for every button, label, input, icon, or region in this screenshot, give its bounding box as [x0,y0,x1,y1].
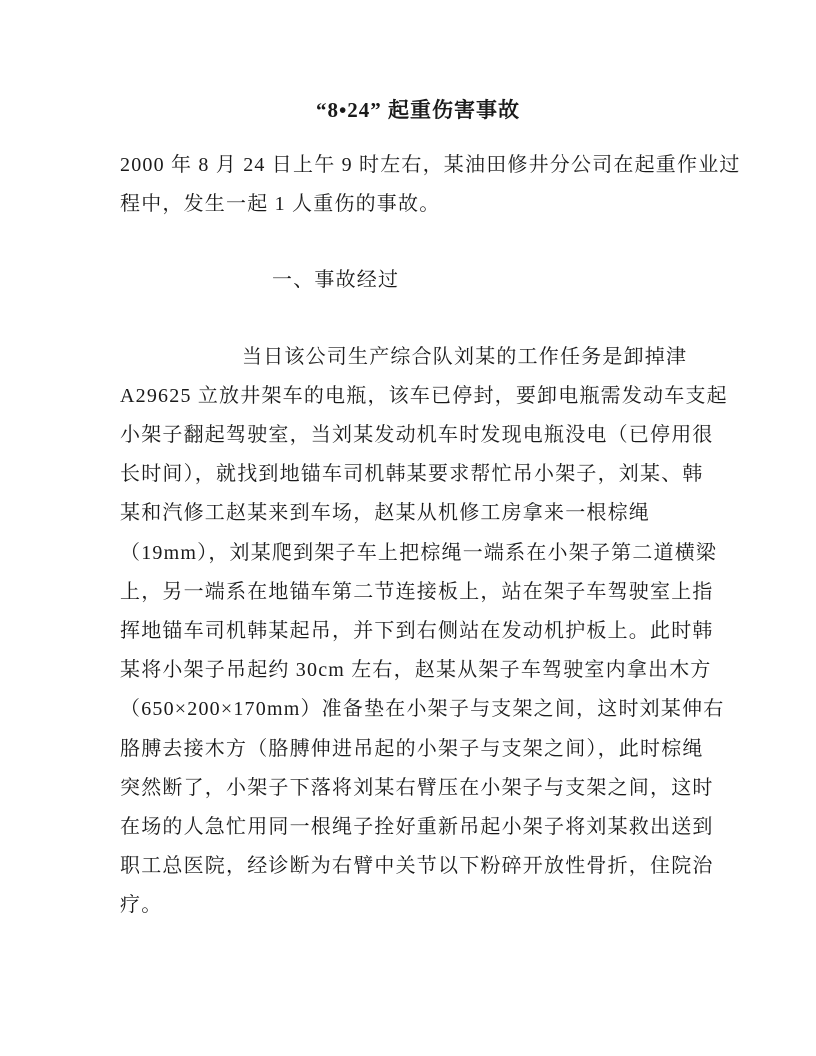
paragraph-line: 程中，发生一起 1 人重伤的事故。 [120,185,716,224]
paragraph-line: 在场的人急忙用同一根绳子拴好重新吊起小架子将刘某救出送到 [120,808,716,847]
paragraph-line: 突然断了，小架子下落将刘某右臂压在小架子与支架之间，这时 [120,769,716,808]
paragraph-line: （650×200×170mm）准备垫在小架子与支架之间，这时刘某伸右 [120,690,716,729]
paragraph-line: （19mm），刘某爬到架子车上把棕绳一端系在小架子第二道横梁 [120,534,716,573]
document-title: “8•24” 起重伤害事故 [120,97,716,123]
paragraph-line: 某和汽修工赵某来到车场，赵某从机修工房拿来一根棕绳 [120,494,716,533]
intro-paragraph: 2000 年 8 月 24 日上午 9 时左右，某油田修井分公司在起重作业过 程… [120,146,716,224]
paragraph-line: 小架子翻起驾驶室，当刘某发动机车时发现电瓶没电（已停用很 [120,416,716,455]
paragraph-line: A29625 立放井架车的电瓶，该车已停封，要卸电瓶需发动车支起 [120,377,716,416]
paragraph-line: 当日该公司生产综合队刘某的工作任务是卸掉津 [120,338,716,377]
document-page: “8•24” 起重伤害事故 2000 年 8 月 24 日上午 9 时左右，某油… [0,0,816,1056]
paragraph-line: 长时间），就找到地锚车司机韩某要求帮忙吊小架子，刘某、韩 [120,455,716,494]
paragraph-line: 职工总医院，经诊断为右臂中关节以下粉碎开放性骨折，住院治 [120,847,716,886]
paragraph-line: 2000 年 8 月 24 日上午 9 时左右，某油田修井分公司在起重作业过 [120,146,716,185]
paragraph-line: 挥地锚车司机韩某起吊，并下到右侧站在发动机护板上。此时韩 [120,612,716,651]
paragraph-line: 某将小架子吊起约 30cm 左右，赵某从架子车驾驶室内拿出木方 [120,651,716,690]
paragraph-line: 胳膊去接木方（胳膊伸进吊起的小架子与支架之间），此时棕绳 [120,730,716,769]
paragraph-line: 上，另一端系在地锚车第二节连接板上，站在架子车驾驶室上指 [120,573,716,612]
accident-description-paragraph: 当日该公司生产综合队刘某的工作任务是卸掉津 A29625 立放井架车的电瓶，该车… [120,338,716,926]
paragraph-line: 疗。 [120,886,716,925]
section-heading: 一、事故经过 [120,261,716,300]
